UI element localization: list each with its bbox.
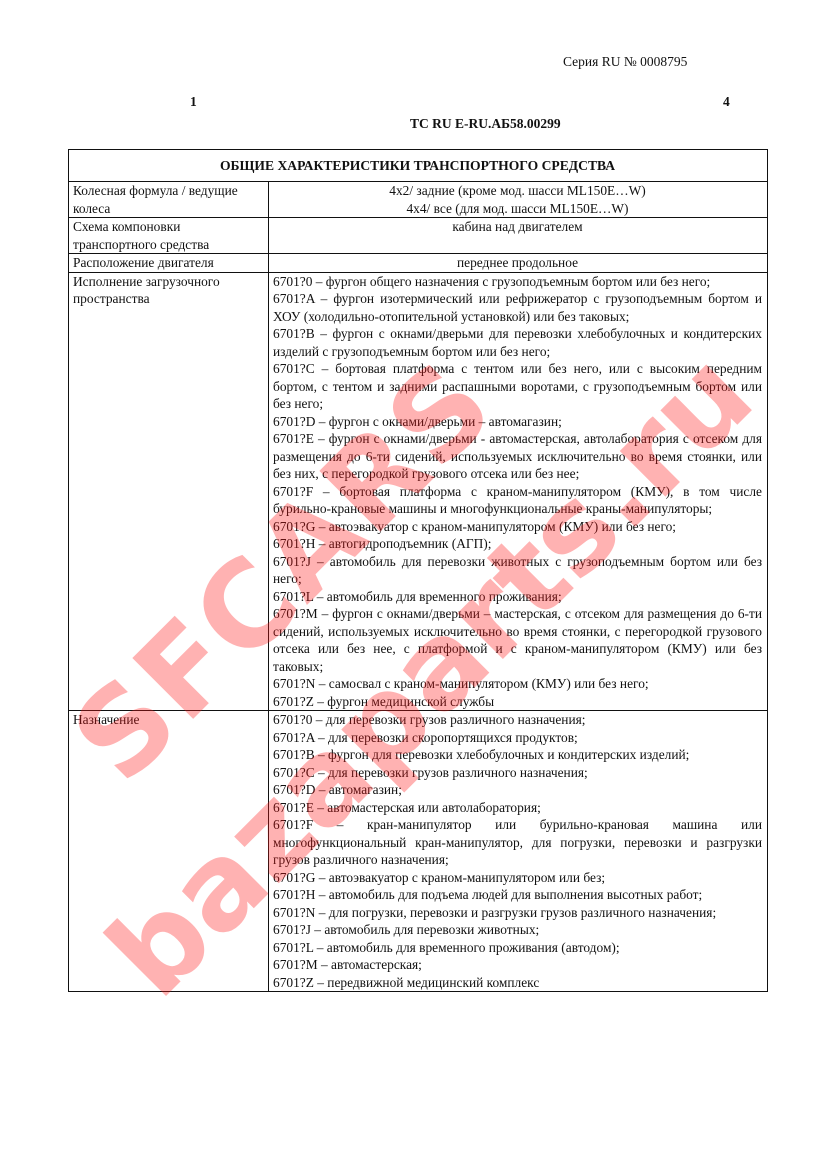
list-item: 6701?Z – передвижной медицинский комплек… — [273, 974, 762, 992]
value-line: 4x2/ задние (кроме мод. шасси ML150E…W) — [273, 182, 762, 200]
list-item: 6701?H – автомобиль для подъема людей дл… — [273, 886, 762, 904]
row-value-cargo-space: 6701?0 – фургон общего назначения с груз… — [269, 272, 768, 711]
list-item: 6701?D – фургон с окнами/дверьми – автом… — [273, 413, 762, 431]
list-item: 6701?J – автомобиль для перевозки животн… — [273, 921, 762, 939]
row-label-cargo-space: Исполнение загрузочного пространства — [69, 272, 269, 711]
row-label-engine-position: Расположение двигателя — [69, 254, 269, 273]
list-item: 6701?M – автомастерская; — [273, 956, 762, 974]
row-value-layout: кабина над двигателем — [269, 218, 768, 254]
table-row: Назначение 6701?0 – для перевозки грузов… — [69, 711, 768, 992]
list-item: 6701?Z – фургон медицинской службы — [273, 693, 762, 711]
list-item: 6701?0 – для перевозки грузов различного… — [273, 711, 762, 729]
list-item: 6701?G – автоэвакуатор с краном-манипуля… — [273, 869, 762, 887]
table-title: ОБЩИЕ ХАРАКТЕРИСТИКИ ТРАНСПОРТНОГО СРЕДС… — [69, 150, 768, 182]
row-label-layout: Схема компоновки транспортного средства — [69, 218, 269, 254]
document-number: ТС RU E-RU.АБ58.00299 — [410, 116, 561, 132]
row-label-purpose: Назначение — [69, 711, 269, 992]
list-item: 6701?F – кран-манипулятор или бурильно-к… — [273, 816, 762, 869]
list-item: 6701?N – для погрузки, перевозки и разгр… — [273, 904, 762, 922]
list-item: 6701?N – самосвал с краном-манипулятором… — [273, 675, 762, 693]
series-number: Серия RU № 0008795 — [563, 54, 687, 70]
list-item: 6701?C – для перевозки грузов различного… — [273, 764, 762, 782]
list-item: 6701?J – автомобиль для перевозки животн… — [273, 553, 762, 588]
value-line: 4x4/ все (для мод. шасси ML150E…W) — [273, 200, 762, 218]
row-value-engine-position: переднее продольное — [269, 254, 768, 273]
list-item: 6701?0 – фургон общего назначения с груз… — [273, 273, 762, 291]
list-item: 6701?F – бортовая платформа с краном-ман… — [273, 483, 762, 518]
list-item: 6701?D – автомагазин; — [273, 781, 762, 799]
row-label-wheel-formula: Колесная формула / ведущие колеса — [69, 182, 269, 218]
list-item: 6701?E – автомастерская или автолаборато… — [273, 799, 762, 817]
list-item: 6701?G – автоэвакуатор с краном-манипуля… — [273, 518, 762, 536]
list-item: 6701?B – фургон для перевозки хлебобулоч… — [273, 746, 762, 764]
table-row: Исполнение загрузочного пространства 670… — [69, 272, 768, 711]
table-title-row: ОБЩИЕ ХАРАКТЕРИСТИКИ ТРАНСПОРТНОГО СРЕДС… — [69, 150, 768, 182]
page-number-right: 4 — [723, 94, 730, 110]
list-item: 6701?L – автомобиль для временного прожи… — [273, 939, 762, 957]
page-number-left: 1 — [190, 94, 197, 110]
table-row: Колесная формула / ведущие колеса 4x2/ з… — [69, 182, 768, 218]
list-item: 6701?C – бортовая платформа с тентом или… — [273, 360, 762, 413]
list-item: 6701?M – фургон с окнами/дверьми – масте… — [273, 605, 762, 675]
list-item: 6701?B – фургон с окнами/дверьми для пер… — [273, 325, 762, 360]
characteristics-table: ОБЩИЕ ХАРАКТЕРИСТИКИ ТРАНСПОРТНОГО СРЕДС… — [68, 149, 768, 992]
list-item: 6701?E – фургон с окнами/дверьми - автом… — [273, 430, 762, 483]
list-item: 6701?A – фургон изотермический или рефри… — [273, 290, 762, 325]
list-item: 6701?H – автогидроподъемник (АГП); — [273, 535, 762, 553]
list-item: 6701?A – для перевозки скоропортящихся п… — [273, 729, 762, 747]
row-value-wheel-formula: 4x2/ задние (кроме мод. шасси ML150E…W) … — [269, 182, 768, 218]
row-value-purpose: 6701?0 – для перевозки грузов различного… — [269, 711, 768, 992]
table-row: Схема компоновки транспортного средства … — [69, 218, 768, 254]
table-row: Расположение двигателя переднее продольн… — [69, 254, 768, 273]
list-item: 6701?L – автомобиль для временного прожи… — [273, 588, 762, 606]
value-line: кабина над двигателем — [273, 218, 762, 236]
value-line: переднее продольное — [273, 254, 762, 272]
